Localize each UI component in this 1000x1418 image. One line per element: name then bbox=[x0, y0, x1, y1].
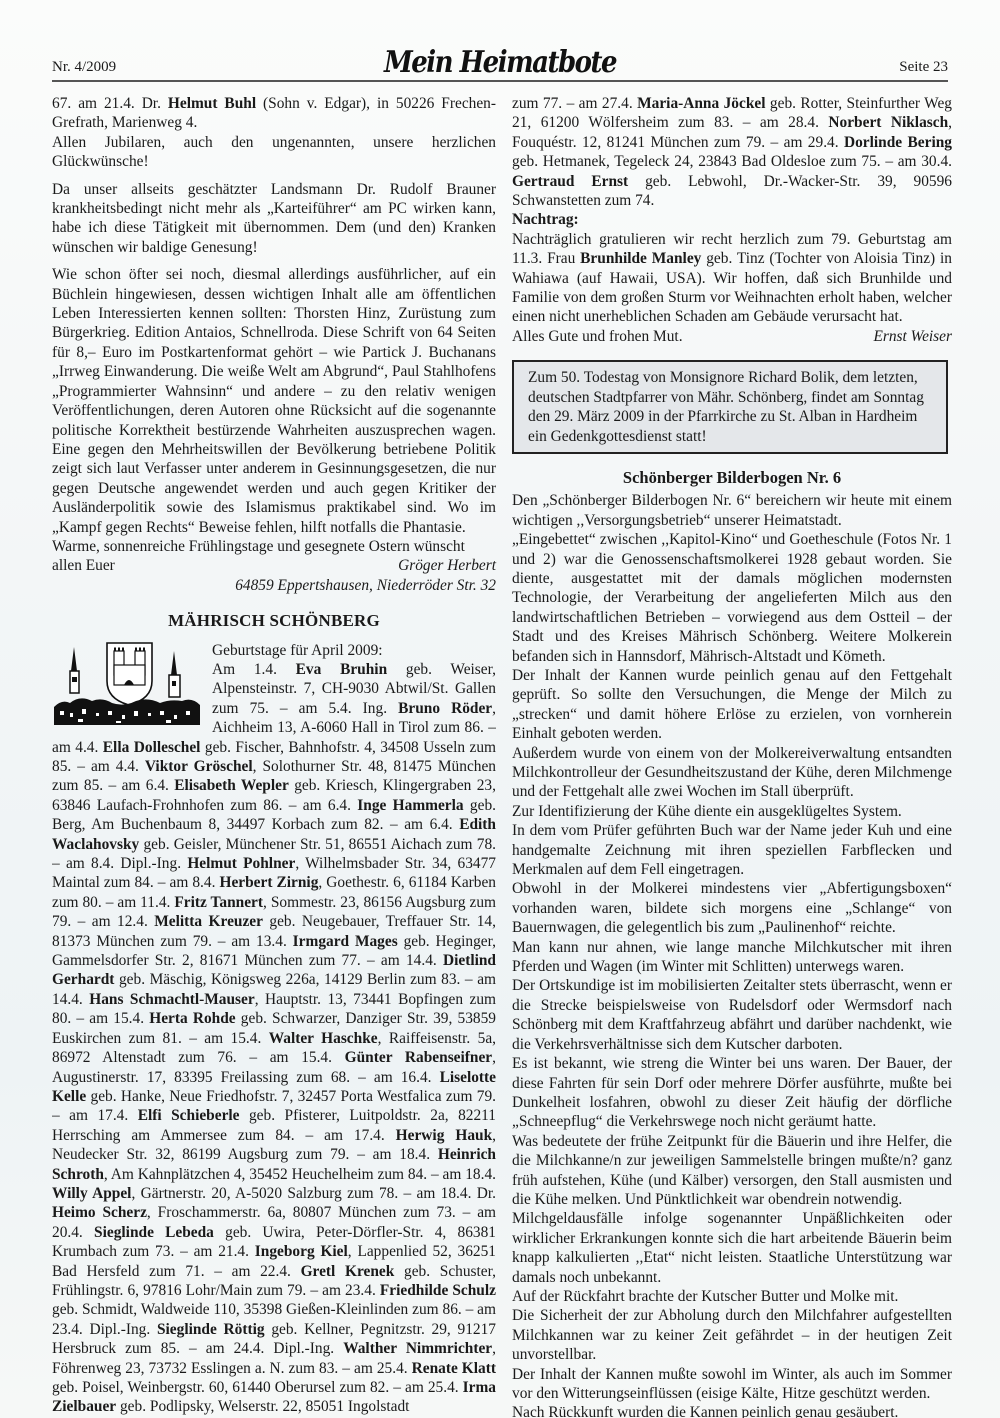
person-name: Ella Dolleschel bbox=[103, 739, 201, 756]
memorial-notice-box: Zum 50. Todestag von Monsignore Richard … bbox=[512, 360, 948, 454]
person-name: Inge Hammerla bbox=[357, 797, 463, 814]
person-name: Heimo Scherz bbox=[52, 1204, 147, 1221]
article-paragraph: Den „Schönberger Bilderbogen Nr. 6“ bere… bbox=[512, 491, 952, 530]
person-name: Helmut Pohlner bbox=[187, 855, 295, 872]
person-name: Günter Rabenseifner bbox=[345, 1049, 492, 1066]
nachtrag-signature-line: Alles Gute und frohen Mut. Ernst Weiser bbox=[512, 327, 952, 346]
person-name: Irma Zielbauer bbox=[52, 1379, 496, 1415]
person-name: Dorlinde Bering bbox=[844, 134, 952, 151]
person-name: Dietlind Gerhardt bbox=[52, 952, 496, 988]
person-name: Brunhilde Manley bbox=[580, 250, 701, 267]
article-paragraph: Was bedeutete der frühe Zeitpunkt für di… bbox=[512, 1132, 952, 1210]
person-name: Norbert Niklasch bbox=[828, 114, 948, 131]
person-name: Maria-Anna Jöckel bbox=[637, 95, 765, 112]
person-name: Walther Nimmrichter bbox=[343, 1340, 492, 1357]
person-name: Willy Appel bbox=[52, 1185, 131, 1202]
person-name: Sieglinde Lebeda bbox=[94, 1224, 214, 1241]
greeting-end: allen Euer bbox=[52, 556, 115, 575]
birthdays-list: Am 1.4. Eva Bruhin geb. Weiser, Alpenste… bbox=[52, 660, 496, 1417]
person-name: Helmut Buhl bbox=[168, 95, 256, 112]
article-paragraph: Der Inhalt der Kannen wurde peinlich gen… bbox=[512, 666, 952, 744]
article-paragraph: In dem vom Prüfer geführten Buch war der… bbox=[512, 821, 952, 879]
article-paragraph: „Eingebettet“ zwischen ,,Kapitol-Kino“ u… bbox=[512, 530, 952, 666]
paragraph-easter-greeting: Warme, sonnenreiche Frühlingstage und ge… bbox=[52, 537, 496, 556]
paragraph-book-recommendation: Wie schon öfter sei noch, diesmal allerd… bbox=[52, 265, 496, 537]
person-name: Walter Haschke bbox=[269, 1030, 378, 1047]
author-signature: Gröger Herbert bbox=[398, 556, 496, 575]
birthdays-section: Geburtstage für April 2009: Am 1.4. Eva … bbox=[52, 641, 496, 1417]
person-name: Eva Bruhin bbox=[296, 661, 387, 678]
article-title: Schönberger Bilderbogen Nr. 6 bbox=[512, 468, 952, 487]
person-name: Gretl Krenek bbox=[301, 1263, 395, 1280]
author-address: 64859 Eppertshausen, Niederröder Str. 32 bbox=[52, 576, 496, 595]
page-header: Nr. 4/2009 Mein Heimatbote Seite 23 bbox=[52, 40, 948, 80]
birthdays-list-continued: zum 77. – am 27.4. Maria-Anna Jöckel geb… bbox=[512, 94, 952, 210]
person-name: Herbert Zirnig bbox=[219, 874, 318, 891]
nachtrag-text: Nachträglich gratulieren wir recht herzl… bbox=[512, 230, 952, 327]
person-name: Fritz Tannert bbox=[174, 894, 263, 911]
article-paragraph: Milchgeldausfälle infolge sogenannter Un… bbox=[512, 1209, 952, 1287]
header-rule bbox=[52, 80, 948, 82]
person-name: Elfi Schieberle bbox=[138, 1107, 240, 1124]
person-name: Bruno Röder bbox=[398, 700, 492, 717]
person-name: Hans Schmachtl-Mauser bbox=[89, 991, 254, 1008]
person-name: Ingeborg Kiel bbox=[255, 1243, 348, 1260]
article-paragraph: Auf der Rückfahrt brachte der Kutscher B… bbox=[512, 1287, 952, 1306]
article-paragraph: Die Sicherheit der zur Abholung durch de… bbox=[512, 1306, 952, 1364]
page-number: Seite 23 bbox=[899, 59, 948, 76]
paragraph-congratulations: Allen Jubilaren, auch den ungenannten, u… bbox=[52, 133, 496, 172]
person-name: Irmgard Mages bbox=[293, 933, 398, 950]
right-column: zum 77. – am 27.4. Maria-Anna Jöckel geb… bbox=[512, 94, 952, 1418]
memorial-notice-text: Zum 50. Todestag von Monsignore Richard … bbox=[528, 368, 936, 446]
person-name: Friedhilde Schulz bbox=[380, 1282, 496, 1299]
person-name: Melitta Kreuzer bbox=[154, 913, 263, 930]
paragraph-karteifuehrer: Da unser allseits geschätzter Landsmann … bbox=[52, 180, 496, 258]
article-paragraph: Der Inhalt der Kannen mußte sowohl im Wi… bbox=[512, 1365, 952, 1404]
person-name: Herwig Hauk bbox=[396, 1127, 492, 1144]
newspaper-page: Nr. 4/2009 Mein Heimatbote Seite 23 67. … bbox=[0, 0, 1000, 1418]
article-paragraph: Nach Rückkunft wurden die Kannen peinlic… bbox=[512, 1403, 952, 1418]
town-crest-icon bbox=[52, 641, 202, 727]
article-paragraph: Man kann nur ahnen, wie lange manche Mil… bbox=[512, 938, 952, 977]
nachtrag-closing: Alles Gute und frohen Mut. bbox=[512, 327, 683, 346]
person-name: Liselotte Kelle bbox=[52, 1069, 496, 1105]
nachtrag-heading: Nachtrag: bbox=[512, 210, 952, 229]
nachtrag-signature: Ernst Weiser bbox=[873, 327, 952, 346]
signature-line: allen Euer Gröger Herbert bbox=[52, 556, 496, 575]
article-body: Den „Schönberger Bilderbogen Nr. 6“ bere… bbox=[512, 491, 952, 1418]
article-paragraph: Der Ortskundige ist im mobilisierten Zei… bbox=[512, 976, 952, 1054]
person-name: Sieglinde Röttig bbox=[157, 1321, 265, 1338]
section-title-maehrisch-schoenberg: MÄHRISCH SCHÖNBERG bbox=[52, 611, 496, 630]
person-name: Elisabeth Wepler bbox=[174, 777, 289, 794]
person-name: Herta Rohde bbox=[149, 1010, 235, 1027]
person-name: Renate Klatt bbox=[412, 1360, 496, 1377]
article-paragraph: Zur Identifizierung der Kühe diente ein … bbox=[512, 802, 952, 821]
masthead-logo: Mein Heimatbote bbox=[384, 46, 616, 81]
left-column: 67. am 21.4. Dr. Helmut Buhl (Sohn v. Ed… bbox=[52, 94, 496, 1417]
person-name: Edith Waclahovsky bbox=[52, 816, 496, 852]
person-name: Gertraud Ernst bbox=[512, 173, 628, 190]
person-name: Viktor Gröschel bbox=[145, 758, 253, 775]
article-paragraph: Es ist bekannt, wie streng die Winter be… bbox=[512, 1054, 952, 1132]
person-name: Heinrich Schroth bbox=[52, 1146, 496, 1182]
issue-number: Nr. 4/2009 bbox=[52, 59, 116, 76]
article-paragraph: Obwohl in der Molkerei mindestens vier „… bbox=[512, 879, 952, 937]
article-paragraph: Außerdem wurde von einem von der Molkere… bbox=[512, 744, 952, 802]
paragraph-helmut-buhl: 67. am 21.4. Dr. Helmut Buhl (Sohn v. Ed… bbox=[52, 94, 496, 133]
